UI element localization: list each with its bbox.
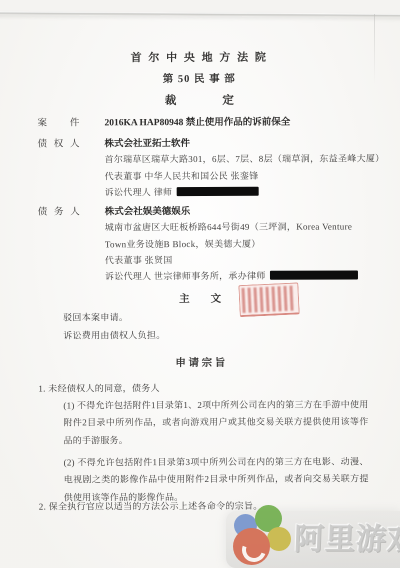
main-text-heading: 主 文 bbox=[0, 290, 400, 306]
logo-circle-yellow bbox=[267, 527, 291, 551]
court-division: 第 50 民 事 部 bbox=[0, 70, 399, 86]
scanned-court-document-page: 首 尔 中 央 地 方 法 院 第 50 民 事 部 裁 定 案件 2016KA… bbox=[0, 0, 400, 568]
debtor-label: 债务人 bbox=[38, 203, 80, 217]
case-number: 2016KA HAP80948 禁止使用作品的诉前保全 bbox=[104, 114, 290, 129]
creditor-attorney-prefix: 诉讼代理人 律师 bbox=[105, 187, 173, 197]
petition-heading: 申 请 宗 旨 bbox=[0, 354, 400, 370]
aligames-logo-icon bbox=[230, 505, 300, 568]
petition-item1-intro: 1. 未经债权人的同意，债务人 bbox=[38, 381, 160, 394]
case-label: 案件 bbox=[37, 114, 79, 128]
debtor-address-line2: Town业务设施B Block，娱美德大厦） bbox=[105, 237, 261, 251]
debtor-address-line1: 城南市盆唐区大旺板桥路644号街49（三坪洞，Korea Venture bbox=[105, 219, 352, 233]
creditor-label: 债权人 bbox=[37, 135, 79, 149]
document-body: 首 尔 中 央 地 方 法 院 第 50 民 事 部 裁 定 案件 2016KA… bbox=[0, 0, 400, 568]
watermark-brand-text: 阿里游戏 bbox=[293, 514, 400, 558]
creditor-representative: 代表董事 中华人民共和国公民 张銮锋 bbox=[105, 169, 259, 183]
main-text-line2: 诉讼费用由债权人负担。 bbox=[63, 328, 165, 341]
redaction-bar bbox=[176, 187, 258, 196]
ruling-title: 裁 定 bbox=[0, 91, 399, 108]
debtor-name: 株式会社娱美德娱乐 bbox=[105, 203, 191, 217]
creditor-attorney-line: 诉讼代理人 律师 bbox=[105, 185, 259, 199]
debtor-representative: 代表董事 张贤国 bbox=[105, 253, 173, 266]
debtor-attorney-line: 诉讼代理人 世宗律师事务所，承办律师 bbox=[105, 268, 358, 282]
creditor-name: 株式会社亚拓士软件 bbox=[104, 135, 190, 149]
logo-white-crescent bbox=[238, 534, 270, 566]
main-text-line1: 驳回本案申请。 bbox=[63, 310, 128, 323]
redaction-bar bbox=[270, 270, 358, 279]
logo-circle-red bbox=[233, 528, 270, 565]
petition-item1-sub1: (1) 不得允许包括附件1目录第1、2项中所列公司在内的第三方在手游中使用附件2… bbox=[63, 396, 368, 449]
debtor-attorney-prefix: 诉讼代理人 世宗律师事务所，承办律师 bbox=[105, 271, 266, 282]
creditor-address: 首尔瑞草区瑞草大路301，6层、7层、8层（瑞草洞，东益圣峰大厦） bbox=[105, 151, 385, 165]
court-name: 首 尔 中 央 地 方 法 院 bbox=[0, 48, 399, 65]
